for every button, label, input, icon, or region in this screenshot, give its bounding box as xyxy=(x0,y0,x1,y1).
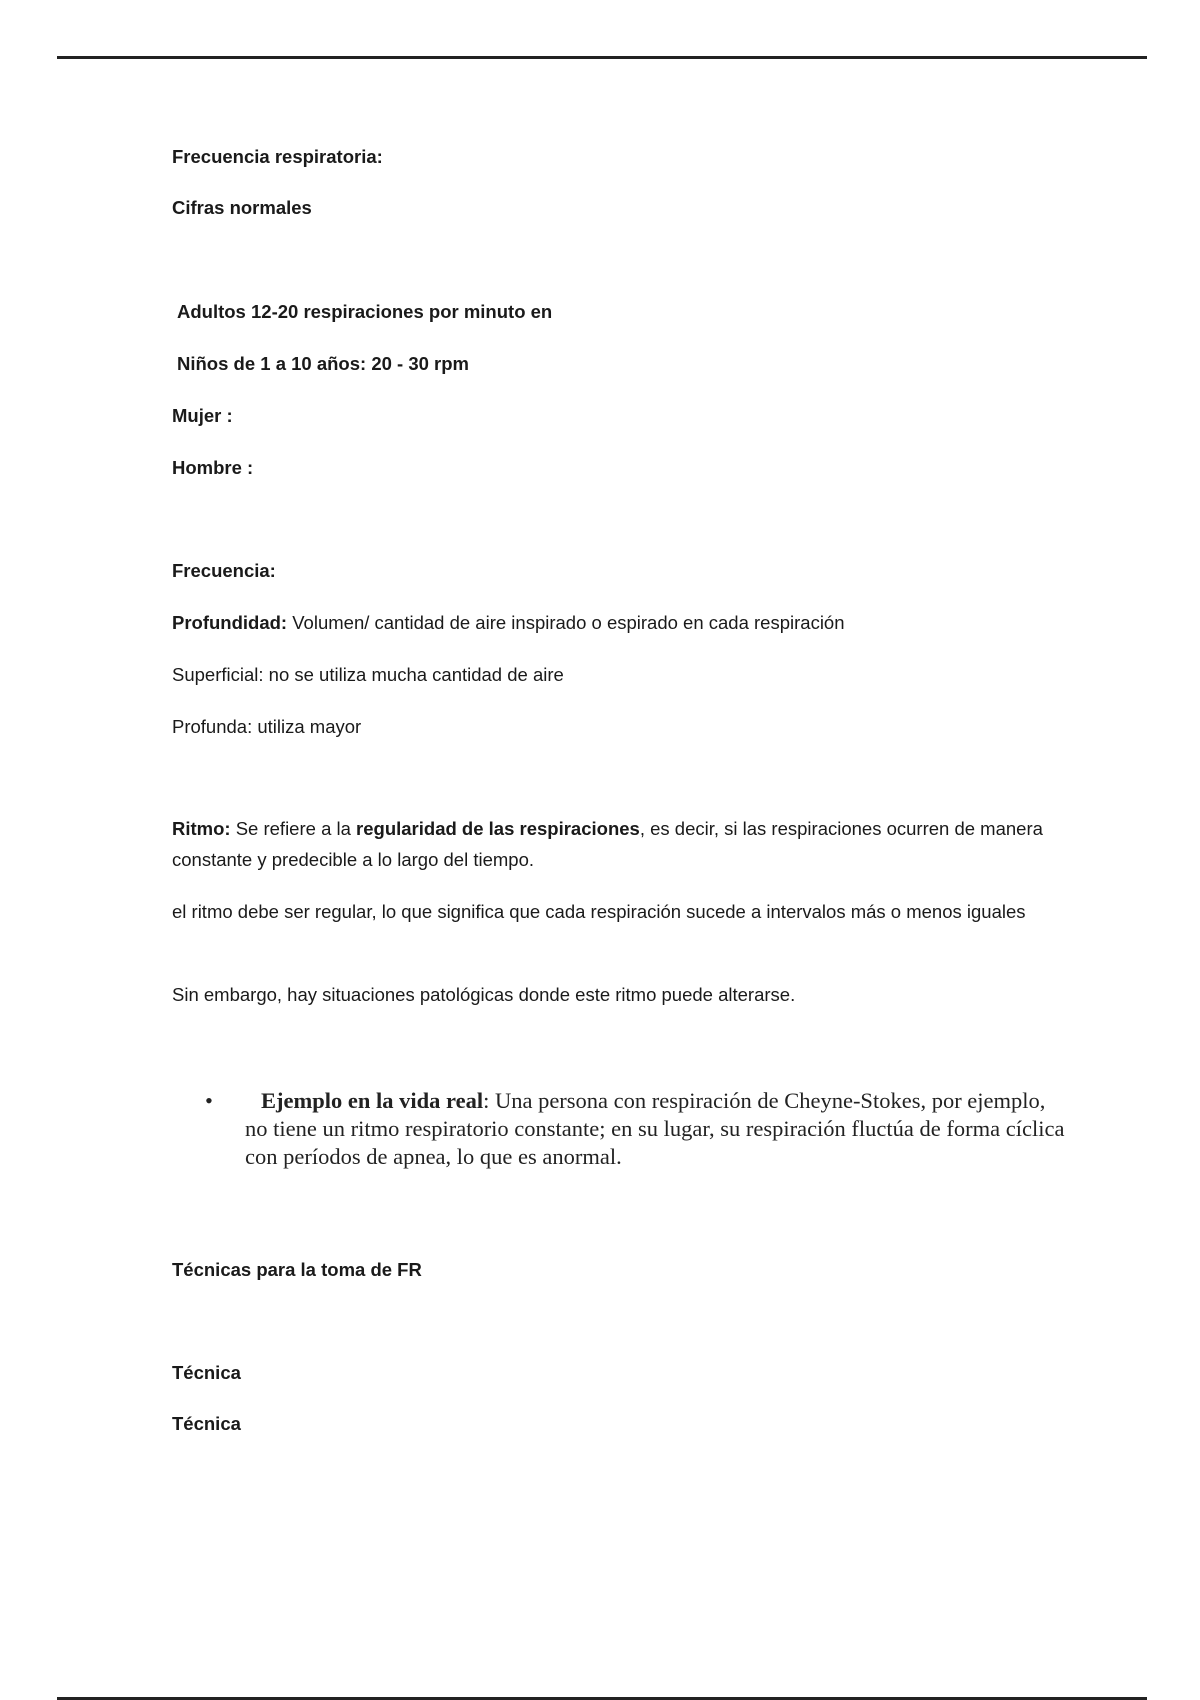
rhythm-paragraph-3: Sin embargo, hay situaciones patológicas… xyxy=(172,979,1052,1010)
heading-frecuencia-respiratoria: Frecuencia respiratoria: xyxy=(172,146,383,168)
normal-adults: Adultos 12-20 respiraciones por minuto e… xyxy=(177,301,552,323)
example-label: Ejemplo en la vida real xyxy=(261,1088,483,1113)
rhythm-text-before: Se refiere a la xyxy=(231,818,356,839)
rhythm-paragraph-2: el ritmo debe ser regular, lo que signif… xyxy=(172,896,1052,927)
rhythm-bold-phrase: regularidad de las respiraciones xyxy=(356,818,640,839)
header-rule xyxy=(57,56,1147,59)
bullet-icon: • xyxy=(205,1087,213,1115)
frequency-label: Frecuencia: xyxy=(172,560,276,582)
depth-deep: Profunda: utiliza mayor xyxy=(172,716,361,738)
normal-children: Niños de 1 a 10 años: 20 - 30 rpm xyxy=(177,353,469,375)
technique-item: Técnica xyxy=(172,1413,241,1435)
rhythm-label: Ritmo: xyxy=(172,818,231,839)
normal-man: Hombre : xyxy=(172,457,253,479)
example-bullet-item: • Ejemplo en la vida real: Una persona c… xyxy=(205,1087,1065,1171)
normal-woman: Mujer : xyxy=(172,405,233,427)
techniques-heading: Técnicas para la toma de FR xyxy=(172,1259,422,1281)
depth-label: Profundidad: xyxy=(172,612,287,633)
rhythm-definition: Ritmo: Se refiere a la regularidad de la… xyxy=(172,813,1052,875)
subheading-cifras-normales: Cifras normales xyxy=(172,197,312,219)
technique-item: Técnica xyxy=(172,1362,241,1384)
depth-superficial: Superficial: no se utiliza mucha cantida… xyxy=(172,664,564,686)
depth-definition: Profundidad: Volumen/ cantidad de aire i… xyxy=(172,612,845,634)
depth-text: Volumen/ cantidad de aire inspirado o es… xyxy=(287,612,844,633)
